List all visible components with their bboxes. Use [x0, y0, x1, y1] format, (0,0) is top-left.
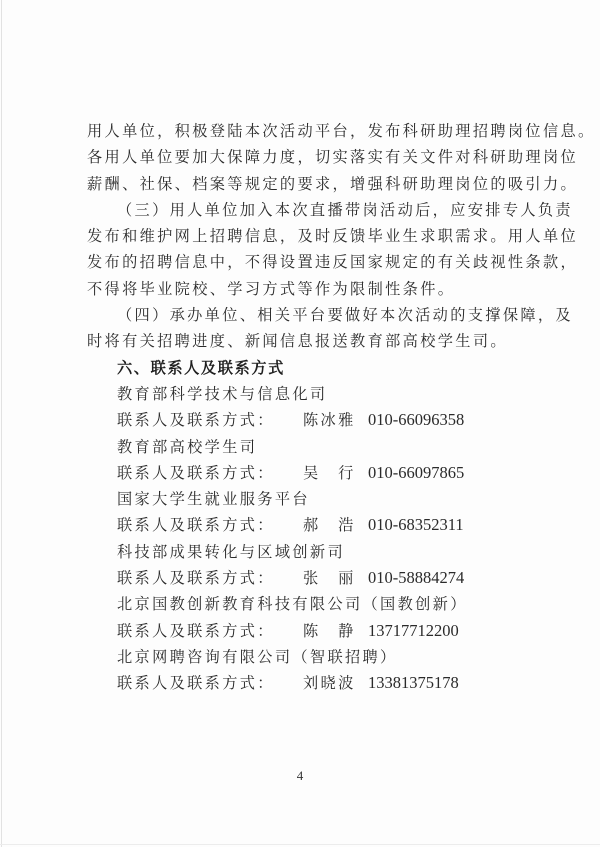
contact-organization: 教育部科学技术与信息化司 — [87, 381, 523, 407]
contact-organization: 教育部高校学生司 — [87, 434, 523, 460]
contact-label: 联系人及联系方式： — [117, 512, 303, 538]
contact-name: 张 丽 — [303, 565, 368, 591]
contact-entry: 教育部科学技术与信息化司 联系人及联系方式：陈冰雅010-66096358 — [87, 381, 523, 434]
contact-label: 联系人及联系方式： — [117, 618, 303, 644]
contact-phone: 010-66096358 — [368, 407, 464, 433]
document-page: 用人单位，积极登陆本次活动平台，发布科研助理招聘岗位信息。 各用人单位要加大保障… — [0, 0, 600, 847]
contact-phone: 010-66097865 — [368, 460, 464, 486]
contact-organization: 国家大学生就业服务平台 — [87, 486, 523, 512]
contact-row: 联系人及联系方式：刘晓波13381375178 — [87, 670, 523, 696]
contact-phone: 010-68352311 — [368, 512, 464, 538]
text-line: （四）承办单位、相关平台要做好本次活动的支撑保障，及 — [87, 302, 523, 328]
section-heading: 六、联系人及联系方式 — [87, 355, 523, 381]
contact-label: 联系人及联系方式： — [117, 670, 303, 696]
contact-entry: 国家大学生就业服务平台 联系人及联系方式：郝 浩010-68352311 — [87, 486, 523, 539]
contact-row: 联系人及联系方式：郝 浩010-68352311 — [87, 512, 523, 538]
contact-row: 联系人及联系方式：陈冰雅010-66096358 — [87, 407, 523, 433]
contact-phone: 13717712200 — [368, 618, 459, 644]
contact-organization: 北京国教创新教育科技有限公司（国教创新） — [87, 591, 523, 617]
contact-name: 陈 静 — [303, 618, 368, 644]
contact-row: 联系人及联系方式：张 丽010-58884274 — [87, 565, 523, 591]
text-line: 发布和维护网上招聘信息，及时反馈毕业生求职需求。用人单位 — [87, 223, 523, 249]
contact-entry: 北京网聘咨询有限公司（智联招聘） 联系人及联系方式：刘晓波13381375178 — [87, 644, 523, 697]
text-line: （三）用人单位加入本次直播带岗活动后，应安排专人负责 — [87, 197, 523, 223]
contact-row: 联系人及联系方式：陈 静13717712200 — [87, 618, 523, 644]
contact-name: 郝 浩 — [303, 512, 368, 538]
contact-list: 教育部科学技术与信息化司 联系人及联系方式：陈冰雅010-66096358 教育… — [87, 381, 523, 697]
contact-label: 联系人及联系方式： — [117, 460, 303, 486]
paragraph-continuation: 用人单位，积极登陆本次活动平台，发布科研助理招聘岗位信息。 各用人单位要加大保障… — [87, 118, 523, 197]
document-body: 用人单位，积极登陆本次活动平台，发布科研助理招聘岗位信息。 各用人单位要加大保障… — [87, 118, 523, 697]
contact-row: 联系人及联系方式：吴 行010-66097865 — [87, 460, 523, 486]
text-line: 发布的招聘信息中，不得设置违反国家规定的有关歧视性条款， — [87, 249, 523, 275]
paragraph-item-3: （三）用人单位加入本次直播带岗活动后，应安排专人负责 发布和维护网上招聘信息，及… — [87, 197, 523, 302]
text-line: 用人单位，积极登陆本次活动平台，发布科研助理招聘岗位信息。 — [87, 118, 523, 144]
contact-label: 联系人及联系方式： — [117, 565, 303, 591]
paragraph-item-4: （四）承办单位、相关平台要做好本次活动的支撑保障，及 时将有关招聘进度、新闻信息… — [87, 302, 523, 355]
page-number: 4 — [0, 768, 600, 784]
contact-entry: 教育部高校学生司 联系人及联系方式：吴 行010-66097865 — [87, 434, 523, 487]
scan-border-left — [1, 0, 2, 847]
contact-organization: 北京网聘咨询有限公司（智联招聘） — [87, 644, 523, 670]
text-line: 时将有关招聘进度、新闻信息报送教育部高校学生司。 — [87, 328, 523, 354]
scan-border-bottom — [0, 844, 600, 845]
contact-name: 吴 行 — [303, 460, 368, 486]
text-line: 薪酬、社保、档案等规定的要求，增强科研助理岗位的吸引力。 — [87, 171, 523, 197]
contact-name: 陈冰雅 — [303, 407, 368, 433]
contact-label: 联系人及联系方式： — [117, 407, 303, 433]
text-line: 不得将毕业院校、学习方式等作为限制性条件。 — [87, 276, 523, 302]
contact-phone: 010-58884274 — [368, 565, 464, 591]
contact-name: 刘晓波 — [303, 670, 368, 696]
contact-entry: 科技部成果转化与区域创新司 联系人及联系方式：张 丽010-58884274 — [87, 539, 523, 592]
contact-organization: 科技部成果转化与区域创新司 — [87, 539, 523, 565]
contact-entry: 北京国教创新教育科技有限公司（国教创新） 联系人及联系方式：陈 静1371771… — [87, 591, 523, 644]
text-line: 各用人单位要加大保障力度，切实落实有关文件对科研助理岗位 — [87, 144, 523, 170]
contact-phone: 13381375178 — [368, 670, 459, 696]
